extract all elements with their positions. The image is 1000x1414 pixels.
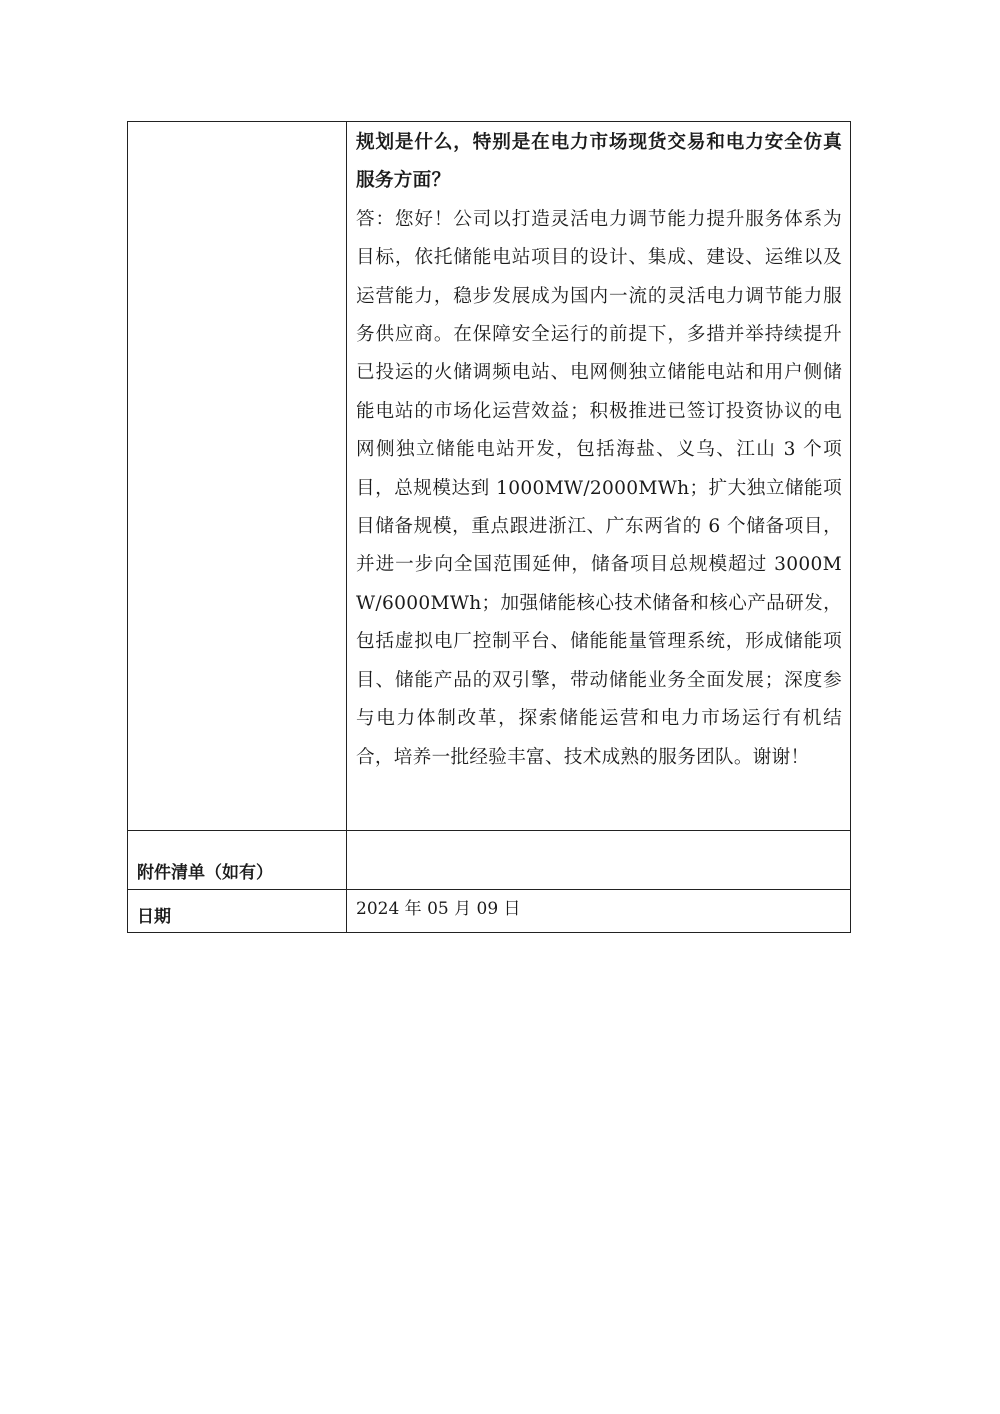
qa-content-cell: 规划是什么，特别是在电力市场现货交易和电力安全仿真服务方面？ 答：您好！公司以打… [347,122,851,831]
qa-row: 规划是什么，特别是在电力市场现货交易和电力安全仿真服务方面？ 答：您好！公司以打… [128,122,851,831]
date-label: 日期 [128,890,347,933]
document-page: 规划是什么，特别是在电力市场现货交易和电力安全仿真服务方面？ 答：您好！公司以打… [0,0,1000,1414]
answer-text: 答：您好！公司以打造灵活电力调节能力提升服务体系为目标，依托储能电站项目的设计、… [356,201,842,777]
date-value: 2024 年 05 月 09 日 [347,890,851,933]
investor-relations-record-table: 规划是什么，特别是在电力市场现货交易和电力安全仿真服务方面？ 答：您好！公司以打… [127,121,851,933]
attachment-value [347,831,851,890]
question-text: 规划是什么，特别是在电力市场现货交易和电力安全仿真服务方面？ [356,124,842,201]
qa-label-cell [128,122,347,831]
attachment-row: 附件清单（如有） [128,831,851,890]
attachment-label: 附件清单（如有） [128,831,347,890]
date-row: 日期 2024 年 05 月 09 日 [128,890,851,933]
